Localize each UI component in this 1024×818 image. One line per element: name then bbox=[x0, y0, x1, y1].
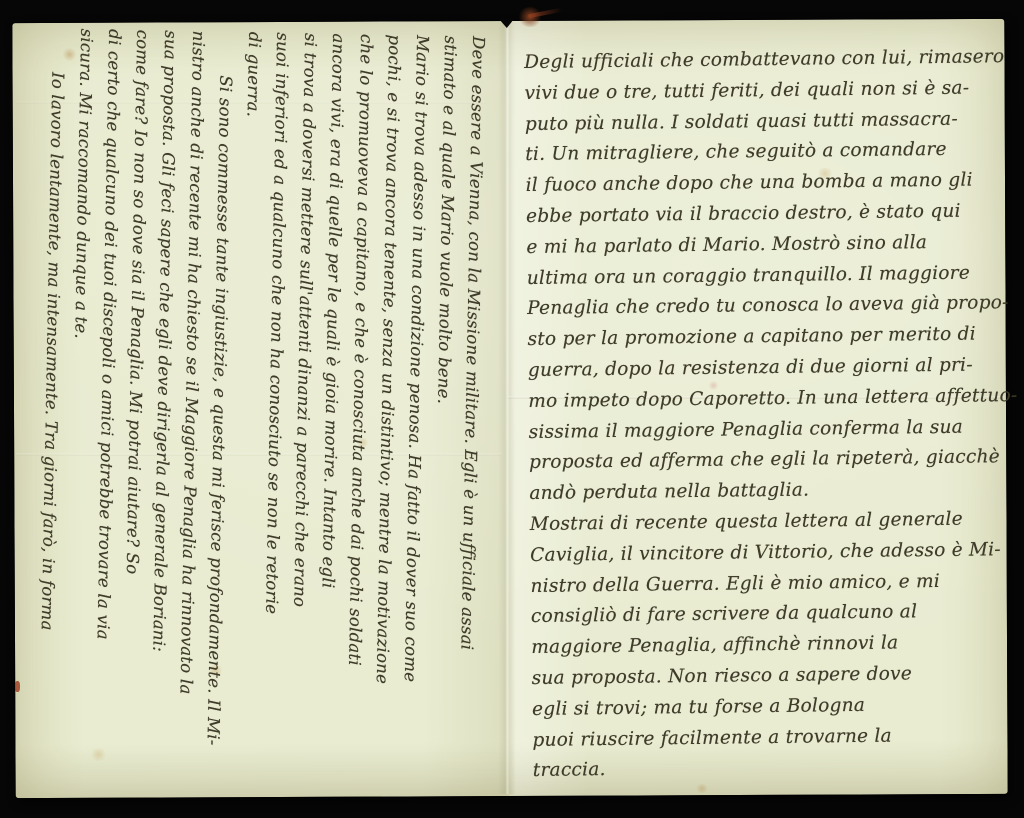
handwritten-line: traccia. bbox=[533, 750, 1013, 787]
center-fold-crease bbox=[498, 22, 516, 794]
edge-mark bbox=[15, 681, 20, 692]
right-page-handwriting: Degli ufficiali che combattevano con lui… bbox=[524, 42, 1013, 787]
foxing-spot bbox=[695, 784, 709, 793]
handwritten-line: proposta ed afferma che egli la ripeterà… bbox=[529, 442, 1009, 479]
handwritten-line: ebbe portato via il braccio destro, è st… bbox=[526, 196, 1006, 233]
handwritten-line: nistro della Guerra. Egli è mio amico, e… bbox=[530, 566, 1010, 603]
left-page-handwriting: Deve essere a Vienna, con la Missione mi… bbox=[26, 28, 492, 787]
scanner-background: { "scan": { "background_color": "#060606… bbox=[0, 0, 1024, 818]
